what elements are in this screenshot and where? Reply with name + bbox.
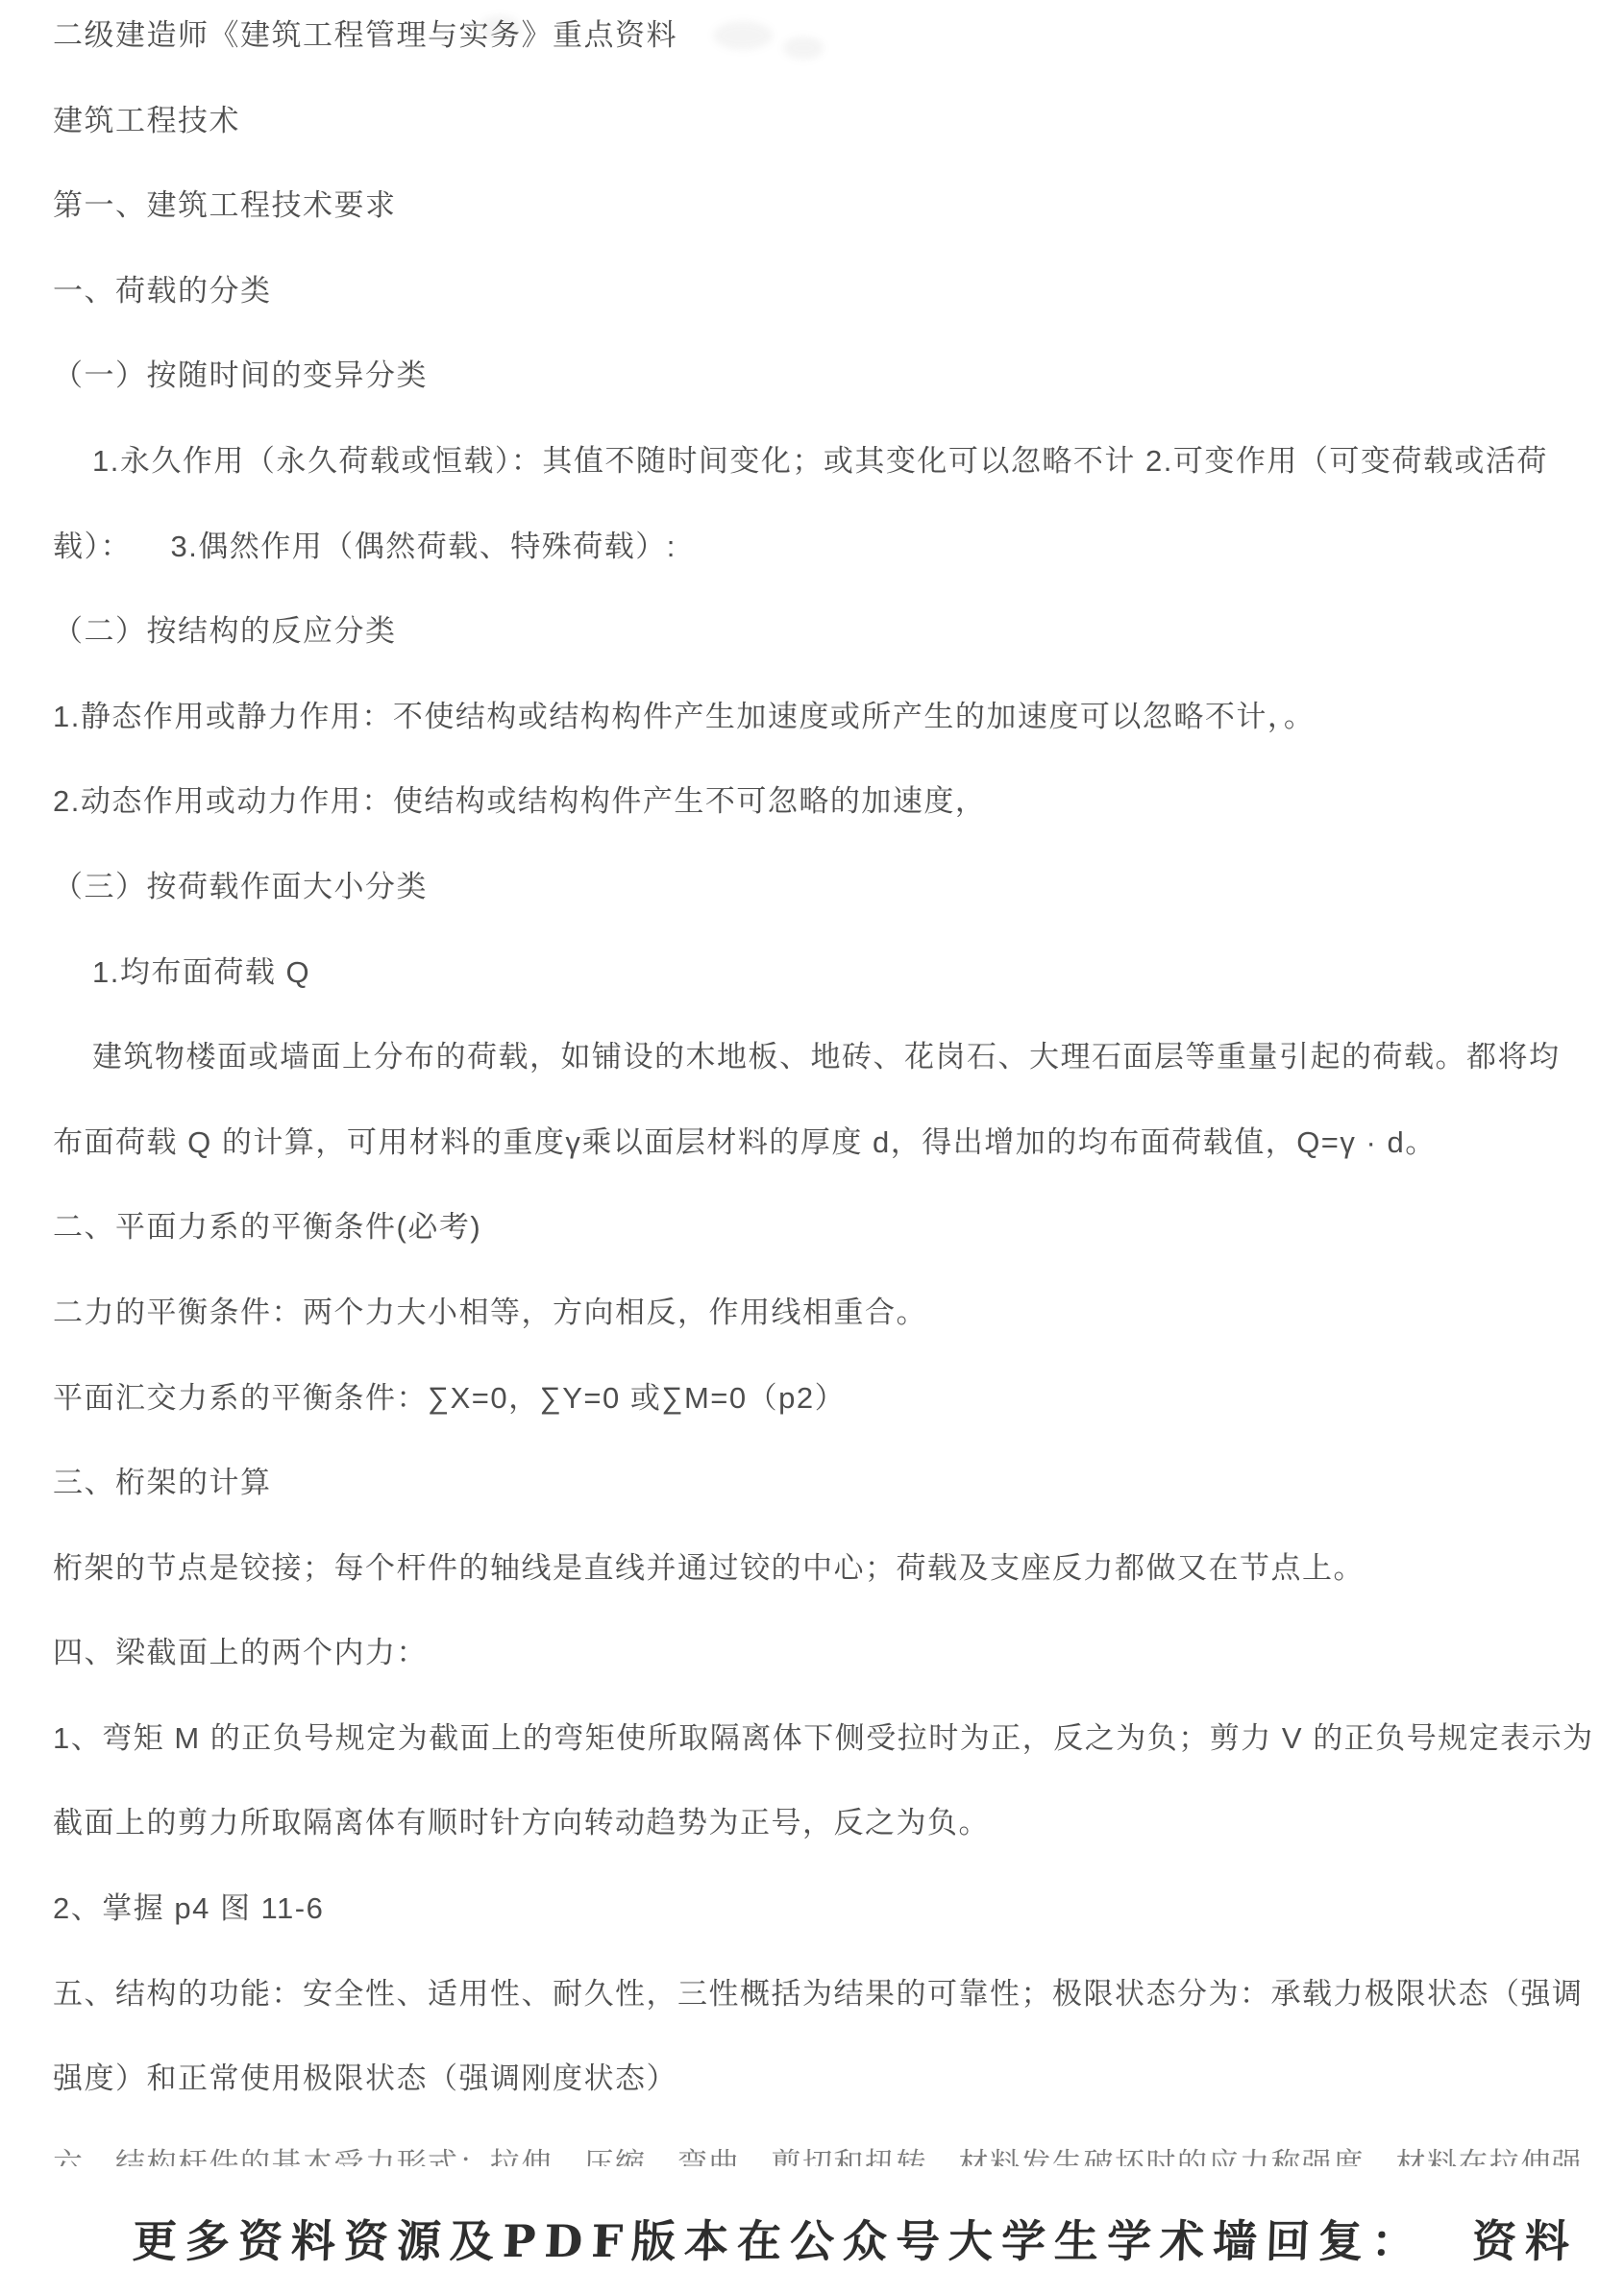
text-line: 二、平面力系的平衡条件(必考) xyxy=(0,1207,1624,1293)
text-line: 2.动态作用或动力作用：使结构或结构构件产生不可忽略的加速度， xyxy=(0,781,1624,867)
text-line: 二力的平衡条件：两个力大小相等，方向相反，作用线相重合。 xyxy=(0,1293,1624,1378)
text-line: 二级建造师《建筑工程管理与实务》重点资料 xyxy=(0,15,1624,101)
text-line: 布面荷载 Q 的计算，可用材料的重度γ乘以面层材料的厚度 d，得出增加的均布面荷… xyxy=(0,1123,1624,1208)
text-line: 1.静态作用或静力作用：不使结构或结构构件产生加速度或所产生的加速度可以忽略不计… xyxy=(0,697,1624,782)
text-line: 1.均布面荷载 Q xyxy=(0,952,1624,1038)
text-line: 一、荷载的分类 xyxy=(0,271,1624,357)
text-line: 三、桁架的计算 xyxy=(0,1463,1624,1548)
document-page: 二级建造师《建筑工程管理与实务》重点资料建筑工程技术第一、建筑工程技术要求一、荷… xyxy=(0,0,1624,2296)
text-line: （二）按结构的反应分类 xyxy=(0,611,1624,697)
text-line: 载）： 3.偶然作用（偶然荷载、特殊荷载）: xyxy=(0,527,1624,612)
document-body: 二级建造师《建筑工程管理与实务》重点资料建筑工程技术第一、建筑工程技术要求一、荷… xyxy=(0,15,1624,2270)
text-line: 建筑物楼面或墙面上分布的荷载，如铺设的木地板、地砖、花岗石、大理石面层等重量引起… xyxy=(0,1037,1624,1123)
footer-note: 更多资料资源及PDF版本在公众号大学生学术墙回复： 资料 xyxy=(0,2207,1624,2270)
text-lines-container: 二级建造师《建筑工程管理与实务》重点资料建筑工程技术第一、建筑工程技术要求一、荷… xyxy=(0,15,1624,2166)
text-line: （三）按荷载作面大小分类 xyxy=(0,867,1624,952)
text-line: 桁架的节点是铰接；每个杆件的轴线是直线并通过铰的中心；荷载及支座反力都做又在节点… xyxy=(0,1548,1624,1634)
text-line: 四、梁截面上的两个内力： xyxy=(0,1633,1624,1718)
text-line: （一）按随时间的变异分类 xyxy=(0,356,1624,441)
text-line: 1.永久作用（永久荷载或恒载）：其值不随时间变化；或其变化可以忽略不计 2.可变… xyxy=(0,441,1624,527)
text-line-clipped: 六、结构杆件的基本受力形式：拉伸、压缩、弯曲、剪切和扭转，材料发生破坏时的应力称… xyxy=(0,2144,1624,2166)
text-line: 2、掌握 p4 图 11-6 xyxy=(0,1889,1624,1974)
text-line: 1、弯矩 M 的正负号规定为截面上的弯矩使所取隔离体下侧受拉时为正，反之为负；剪… xyxy=(0,1718,1624,1804)
text-line: 平面汇交力系的平衡条件：∑X=0，∑Y=0 或∑M=0（p2） xyxy=(0,1378,1624,1464)
text-line: 强度）和正常使用极限状态（强调刚度状态） xyxy=(0,2059,1624,2144)
text-line: 第一、建筑工程技术要求 xyxy=(0,185,1624,271)
text-line: 截面上的剪力所取隔离体有顺时针方向转动趋势为正号，反之为负。 xyxy=(0,1803,1624,1889)
text-line: 建筑工程技术 xyxy=(0,101,1624,186)
text-line: 五、结构的功能：安全性、适用性、耐久性，三性概括为结果的可靠性；极限状态分为：承… xyxy=(0,1974,1624,2060)
